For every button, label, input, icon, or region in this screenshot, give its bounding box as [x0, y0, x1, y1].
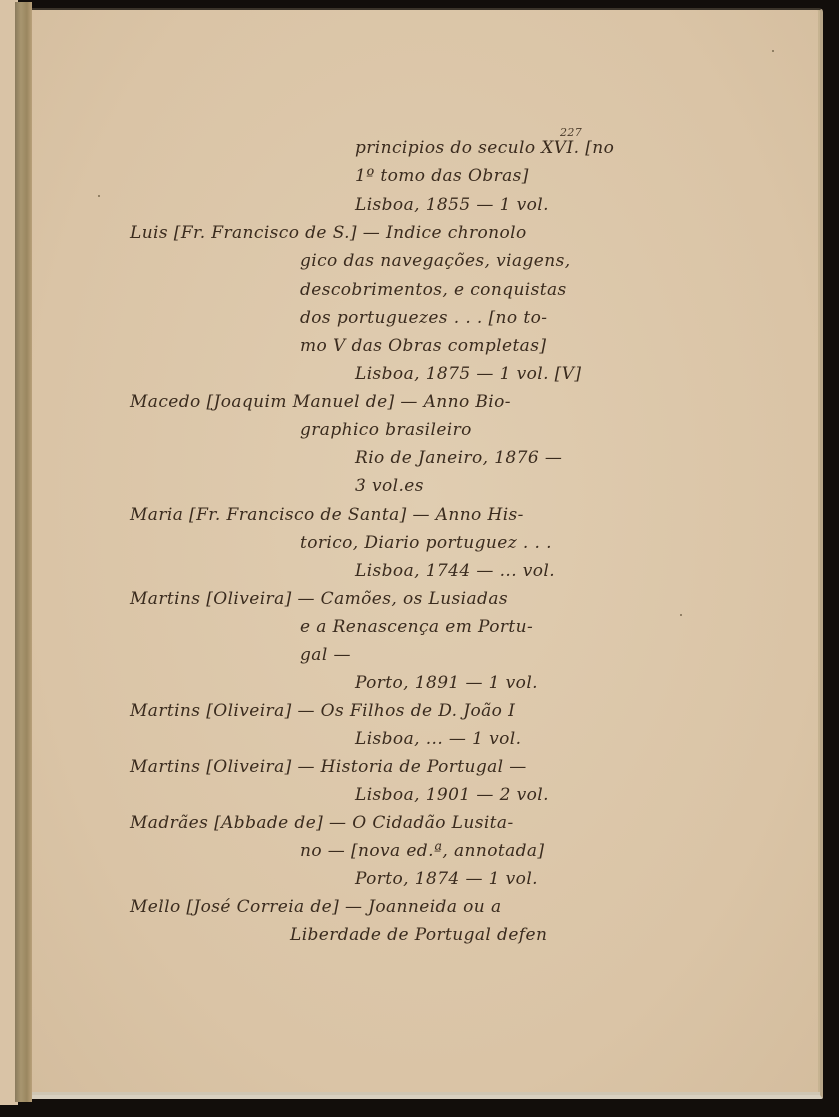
manuscript-line: e a Renascença em Portu- — [300, 617, 533, 637]
book-gutter — [15, 2, 32, 1102]
manuscript-line: gal — — [300, 645, 351, 665]
manuscript-line: dos portuguezes . . . [no to- — [300, 308, 547, 328]
manuscript-line: Luis [Fr. Francisco de S.] — Indice chro… — [130, 223, 527, 243]
manuscript-line: descobrimentos, e conquistas — [300, 280, 567, 300]
manuscript-line: Mello [José Correia de] — Joanneida ou a — [130, 897, 502, 917]
manuscript-line: Martins [Oliveira] — Camões, os Lusiadas — [130, 589, 508, 609]
manuscript-page: 227 principios do seculo XVI. [no1º tomo… — [32, 8, 823, 1099]
manuscript-line: torico, Diario portuguez . . . — [300, 533, 552, 553]
manuscript-line: Lisboa, 1901 — 2 vol. — [355, 785, 549, 805]
manuscript-line: graphico brasileiro — [300, 420, 472, 440]
manuscript-line: Lisboa, 1875 — 1 vol. [V] — [355, 364, 581, 384]
paper-speck — [98, 195, 100, 197]
manuscript-line: Martins [Oliveira] — Os Filhos de D. Joã… — [130, 701, 515, 721]
manuscript-line: 1º tomo das Obras] — [355, 166, 529, 186]
manuscript-line: Lisboa, 1855 — 1 vol. — [355, 195, 549, 215]
paper-speck — [680, 614, 682, 616]
manuscript-line: Porto, 1874 — 1 vol. — [355, 869, 538, 889]
paper-speck — [160, 902, 162, 904]
manuscript-line: Lisboa, 1744 — ... vol. — [355, 561, 555, 581]
manuscript-line: mo V das Obras completas] — [300, 336, 546, 356]
manuscript-line: Macedo [Joaquim Manuel de] — Anno Bio- — [130, 392, 511, 412]
manuscript-line: no — [nova ed.ª, annotada] — [300, 841, 544, 861]
manuscript-line: principios do seculo XVI. [no — [355, 138, 614, 158]
manuscript-line: Rio de Janeiro, 1876 — — [355, 448, 562, 468]
manuscript-line: Liberdade de Portugal defen — [290, 925, 547, 945]
manuscript-line: Porto, 1891 — 1 vol. — [355, 673, 538, 693]
manuscript-line: Lisboa, ... — 1 vol. — [355, 729, 521, 749]
paper-speck — [772, 50, 774, 52]
manuscript-line: Madrães [Abbade de] — O Cidadão Lusita- — [130, 813, 514, 833]
manuscript-line: gico das navegações, viagens, — [300, 251, 571, 271]
manuscript-line: Martins [Oliveira] — Historia de Portuga… — [130, 757, 527, 777]
manuscript-line: 3 vol.es — [355, 476, 424, 496]
manuscript-line: Maria [Fr. Francisco de Santa] — Anno Hi… — [130, 505, 524, 525]
